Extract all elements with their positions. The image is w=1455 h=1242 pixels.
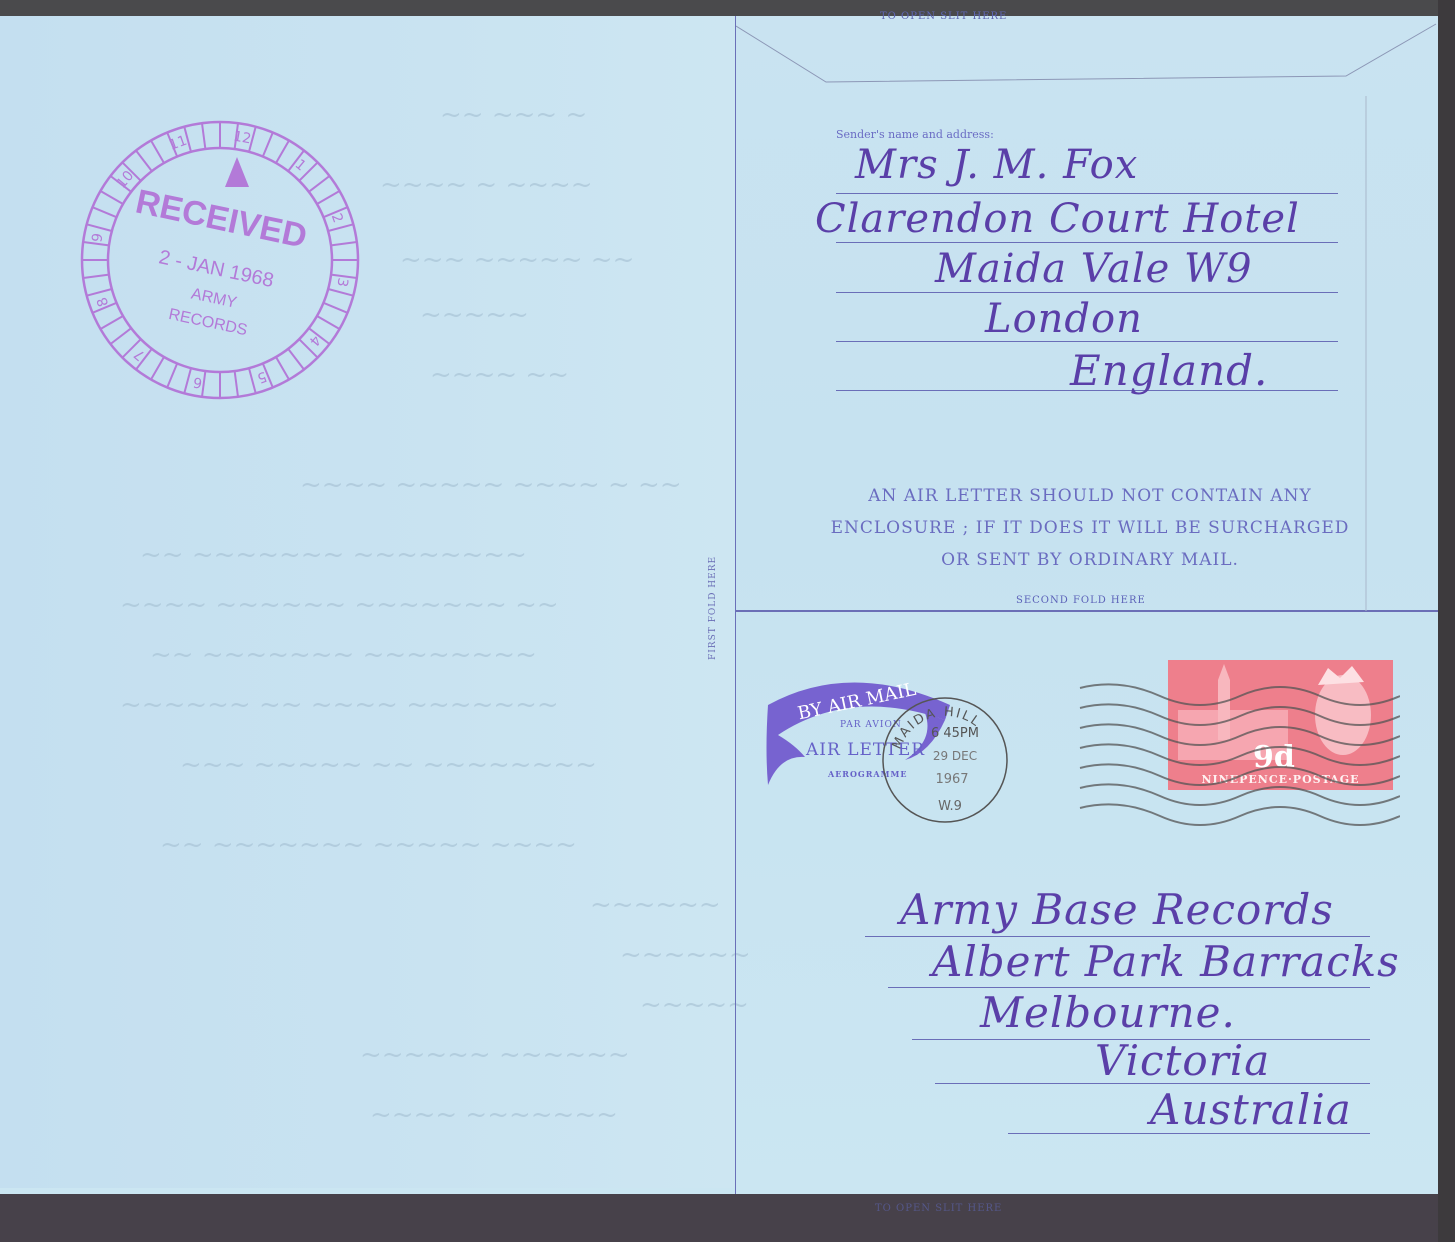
svg-text:2 - JAN 1968: 2 - JAN 1968: [157, 246, 276, 292]
wavy-cancellation-lines: [1060, 680, 1400, 830]
sender-line: London: [985, 296, 1143, 342]
postmark: MAIDA HILL 6 45PM 29 DEC 1967 W.9: [870, 690, 1030, 840]
broad-arrow-icon: [225, 157, 249, 187]
sender-name: Mrs J. M. Fox: [855, 142, 1138, 188]
svg-text:12: 12: [232, 129, 252, 148]
sender-label: Sender's name and address:: [836, 128, 994, 141]
scan-border-top: [0, 0, 1455, 16]
enclosure-notice: AN AIR LETTER SHOULD NOT CONTAIN ANY ENC…: [790, 480, 1390, 576]
svg-text:1967: 1967: [935, 772, 968, 787]
sender-line: Maida Vale W9: [935, 246, 1253, 292]
bottom-slit-label: TO OPEN SLIT HERE: [875, 1203, 1002, 1214]
sender-line: England.: [1070, 346, 1268, 395]
svg-text:9: 9: [89, 232, 106, 244]
svg-text:29 DEC: 29 DEC: [933, 749, 977, 763]
svg-text:ARMY: ARMY: [190, 285, 239, 311]
svg-text:7: 7: [131, 346, 148, 364]
svg-text:6 45PM: 6 45PM: [931, 726, 979, 741]
recipient-line: Victoria: [1095, 1036, 1270, 1085]
sender-line: Clarendon Court Hotel: [815, 196, 1300, 242]
first-fold-label: FIRST FOLD HERE: [708, 556, 718, 660]
svg-text:RECORDS: RECORDS: [167, 306, 249, 339]
address-rule: [836, 193, 1338, 194]
recipient-line: Melbourne.: [980, 988, 1236, 1037]
address-rule: [836, 292, 1338, 293]
scan-border-bottom: [0, 1194, 1455, 1242]
recipient-line: Army Base Records: [900, 885, 1334, 934]
recipient-line: Albert Park Barracks: [932, 937, 1400, 986]
svg-text:1: 1: [292, 156, 309, 174]
recipient-line: Australia: [1150, 1085, 1352, 1134]
top-slit-label: TO OPEN SLIT HERE: [880, 11, 1007, 22]
svg-text:3: 3: [333, 276, 350, 288]
svg-text:6: 6: [192, 373, 204, 390]
svg-text:W.9: W.9: [938, 799, 962, 814]
scan-border-right: [1438, 0, 1455, 1242]
address-rule: [836, 242, 1338, 243]
svg-text:RECEIVED: RECEIVED: [132, 182, 310, 255]
received-stamp: 123456789101112 RECEIVED 2 - JAN 1968 AR…: [75, 115, 365, 405]
svg-text:4: 4: [306, 332, 324, 349]
